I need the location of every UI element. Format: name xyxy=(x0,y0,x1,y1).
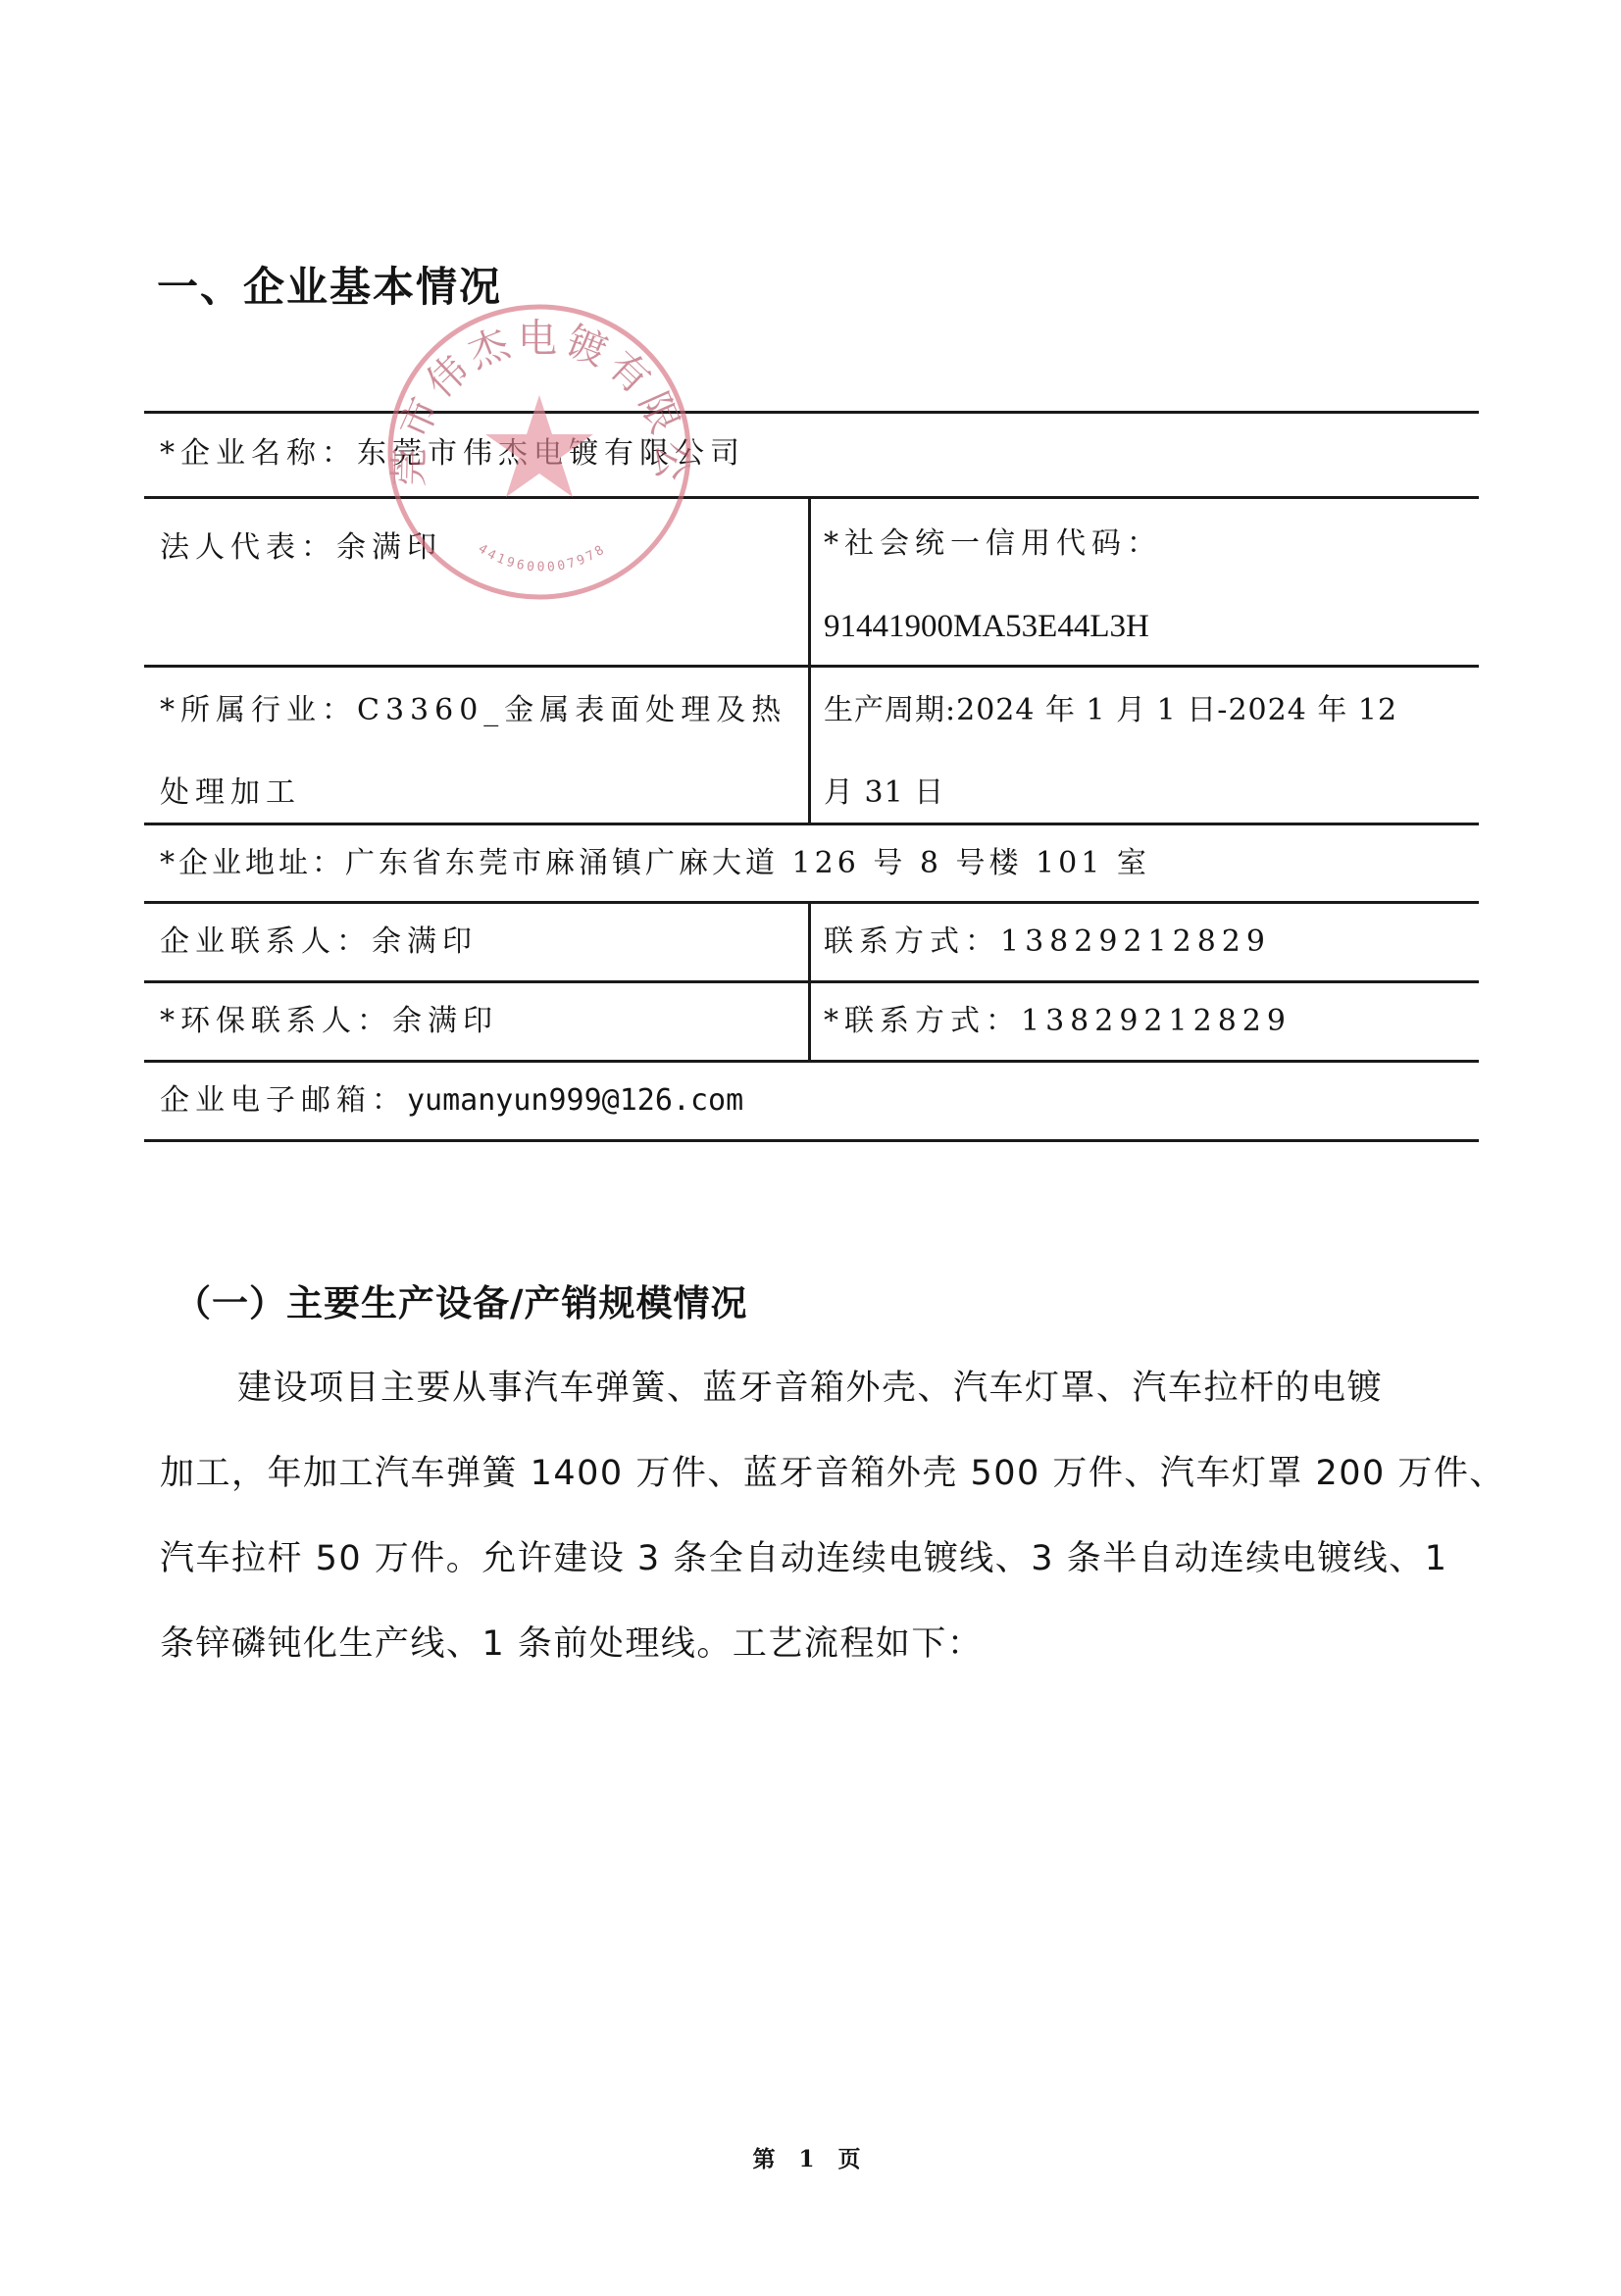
paragraph-line: 建设项目主要从事汽车弹簧、蓝牙音箱外壳、汽车灯罩、汽车拉杆的电镀 xyxy=(160,1346,1466,1431)
email-cell: 企业电子邮箱：yumanyun999@126.com xyxy=(160,1059,743,1143)
paragraph-line: 汽车拉杆 50 万件。允许建设 3 条全自动连续电镀线、3 条半自动连续电镀线、… xyxy=(160,1517,1466,1602)
table-rule xyxy=(144,496,1479,499)
email-label: 企业电子邮箱： xyxy=(160,1083,407,1118)
paragraph-line: 加工，年加工汽车弹簧 1400 万件、蓝牙音箱外壳 500 万件、汽车灯罩 20… xyxy=(160,1431,1466,1517)
paragraph-line: 条锌磷钝化生产线、1 条前处理线。工艺流程如下： xyxy=(160,1602,1466,1687)
table-divider xyxy=(808,902,811,1061)
table-rule xyxy=(144,665,1479,668)
production-period-line1: 生产周期:2024 年 1 月 1 日-2024 年 12 xyxy=(824,669,1397,753)
credit-code-value: 91441900MA53E44L3H xyxy=(824,584,1149,669)
industry-line1: *所属行业：C3360_金属表面处理及热 xyxy=(160,669,786,753)
company-name-cell: *企业名称：东莞市伟杰电镀有限公司 xyxy=(160,412,745,496)
legal-rep-cell: 法人代表：余满印 xyxy=(160,506,442,590)
credit-code-label: *社会统一信用代码： xyxy=(824,502,1162,586)
svg-text:4419600007978: 4419600007978 xyxy=(476,541,610,574)
section-title: 一、企业基本情况 xyxy=(157,263,502,312)
description-paragraph: 建设项目主要从事汽车弹簧、蓝牙音箱外壳、汽车灯罩、汽车拉杆的电镀 加工，年加工汽… xyxy=(160,1346,1466,1687)
email-value: yumanyun999@126.com xyxy=(407,1083,743,1118)
subsection-title: （一）主要生产设备/产销规模情况 xyxy=(175,1279,748,1328)
env-contact-person-cell: *环保联系人：余满印 xyxy=(160,979,498,1064)
seal-number-text: 4419600007978 xyxy=(476,541,610,574)
contact-phone-cell: 联系方式：13829212829 xyxy=(824,900,1271,984)
env-contact-phone-cell: *联系方式：13829212829 xyxy=(824,979,1292,1064)
contact-person-cell: 企业联系人：余满印 xyxy=(160,900,478,984)
page-number: 第 1 页 xyxy=(0,2143,1621,2176)
table-divider xyxy=(808,497,811,824)
address-cell: *企业地址：广东省东莞市麻涌镇广麻大道 126 号 8 号楼 101 室 xyxy=(160,822,1150,906)
